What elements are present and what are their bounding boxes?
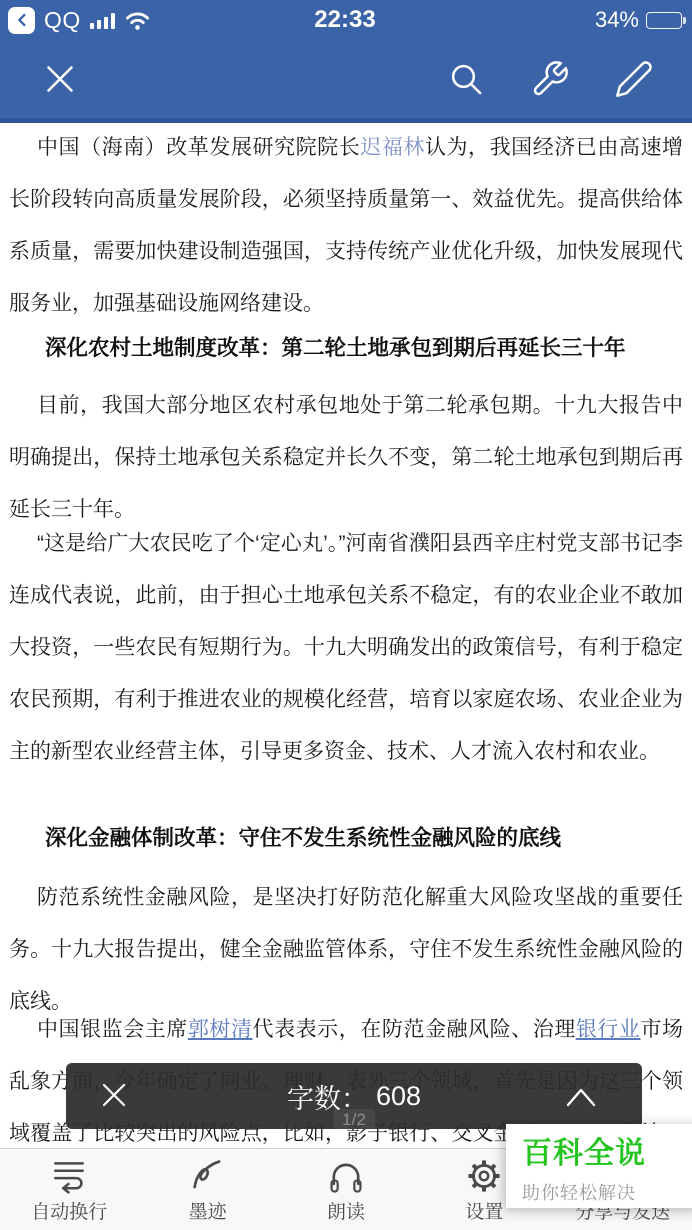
toast-collapse-button[interactable] xyxy=(560,1081,602,1116)
battery-percent: 34% xyxy=(595,7,639,33)
section-heading-land-reform: 深化农村土地制度改革：第二轮土地承包到期后再延长三十年 xyxy=(9,322,683,374)
p1-text-post: 认为，我国经济已由高速增长阶段转向高质量发展阶段，必须坚持质量第一、效益优先。提… xyxy=(9,136,683,315)
p5-text-pre: 中国银监会主席 xyxy=(37,1018,188,1041)
ink-icon xyxy=(188,1155,228,1197)
back-to-app-button[interactable] xyxy=(8,7,35,34)
battery-icon xyxy=(646,12,682,29)
signal-bars-icon xyxy=(90,12,116,29)
chevron-up-icon xyxy=(560,1081,602,1111)
word-wrap-icon xyxy=(50,1155,88,1197)
promo-title: 百科全说 xyxy=(522,1128,646,1172)
toolbar-item-ink[interactable]: 墨迹 xyxy=(138,1149,276,1230)
section-heading-finance-reform: 深化金融体制改革：守住不发生系统性金融风险的底线 xyxy=(9,812,683,864)
tools-button[interactable] xyxy=(526,55,574,103)
link-banking[interactable]: 银行业 xyxy=(576,1018,641,1041)
document-body: 中国（海南）改革发展研究院院长迟福林认为，我国经济已由高速增长阶段转向高质量发展… xyxy=(0,118,692,1148)
toolbar-item-read-aloud[interactable]: 朗读 xyxy=(277,1149,415,1230)
nav-bar xyxy=(0,40,692,123)
paragraph-1: 中国（海南）改革发展研究院院长迟福林认为，我国经济已由高速增长阶段转向高质量发展… xyxy=(9,122,683,330)
pencil-icon xyxy=(614,59,654,99)
page-indicator: 1/2 xyxy=(333,1109,375,1131)
back-app-label: QQ xyxy=(44,7,81,34)
headphones-icon xyxy=(326,1155,366,1197)
link-guoshuqing[interactable]: 郭树清 xyxy=(188,1018,253,1041)
toolbar-item-word-wrap[interactable]: 自动换行 xyxy=(0,1149,138,1230)
toolbar-label: 自动换行 xyxy=(31,1197,107,1224)
wifi-icon xyxy=(124,9,151,31)
toolbar-label: 墨迹 xyxy=(189,1197,227,1224)
paragraph-3: “这是给广大农民吃了个‘定心丸’。”河南省濮阳县西辛庄村党支部书记李连成代表说，… xyxy=(9,518,683,778)
word-count-value: 608 xyxy=(376,1081,421,1112)
p5-text-mid1: 代表表示，在防范金融风险、治理 xyxy=(253,1018,576,1041)
link-chifulin[interactable]: 迟福林 xyxy=(360,136,425,159)
wrench-icon xyxy=(530,59,570,99)
toolbar-label: 设置 xyxy=(465,1197,503,1224)
close-icon xyxy=(37,56,83,102)
status-bar: QQ 22:33 34% xyxy=(0,0,692,40)
paragraph-2: 目前，我国大部分地区农村承包地处于第二轮承包期。十九大报告中明确提出，保持土地承… xyxy=(9,380,683,536)
word-count-toast: 字数： 608 1/2 xyxy=(66,1063,642,1129)
promo-subtitle: 助你轻松解决 xyxy=(522,1179,636,1205)
promo-popup[interactable]: 百科全说 助你轻松解决 xyxy=(506,1124,692,1208)
p1-text-pre: 中国（海南）改革发展研究院院长 xyxy=(37,136,360,159)
close-button[interactable] xyxy=(36,55,84,103)
toolbar-label: 朗读 xyxy=(327,1197,365,1224)
search-button[interactable] xyxy=(442,55,490,103)
search-icon xyxy=(446,59,486,99)
status-time: 22:33 xyxy=(238,6,452,34)
phone-screen: QQ 22:33 34% xyxy=(0,0,692,1230)
gear-icon xyxy=(464,1155,504,1197)
back-chevron-icon xyxy=(12,10,32,30)
edit-button[interactable] xyxy=(610,55,658,103)
